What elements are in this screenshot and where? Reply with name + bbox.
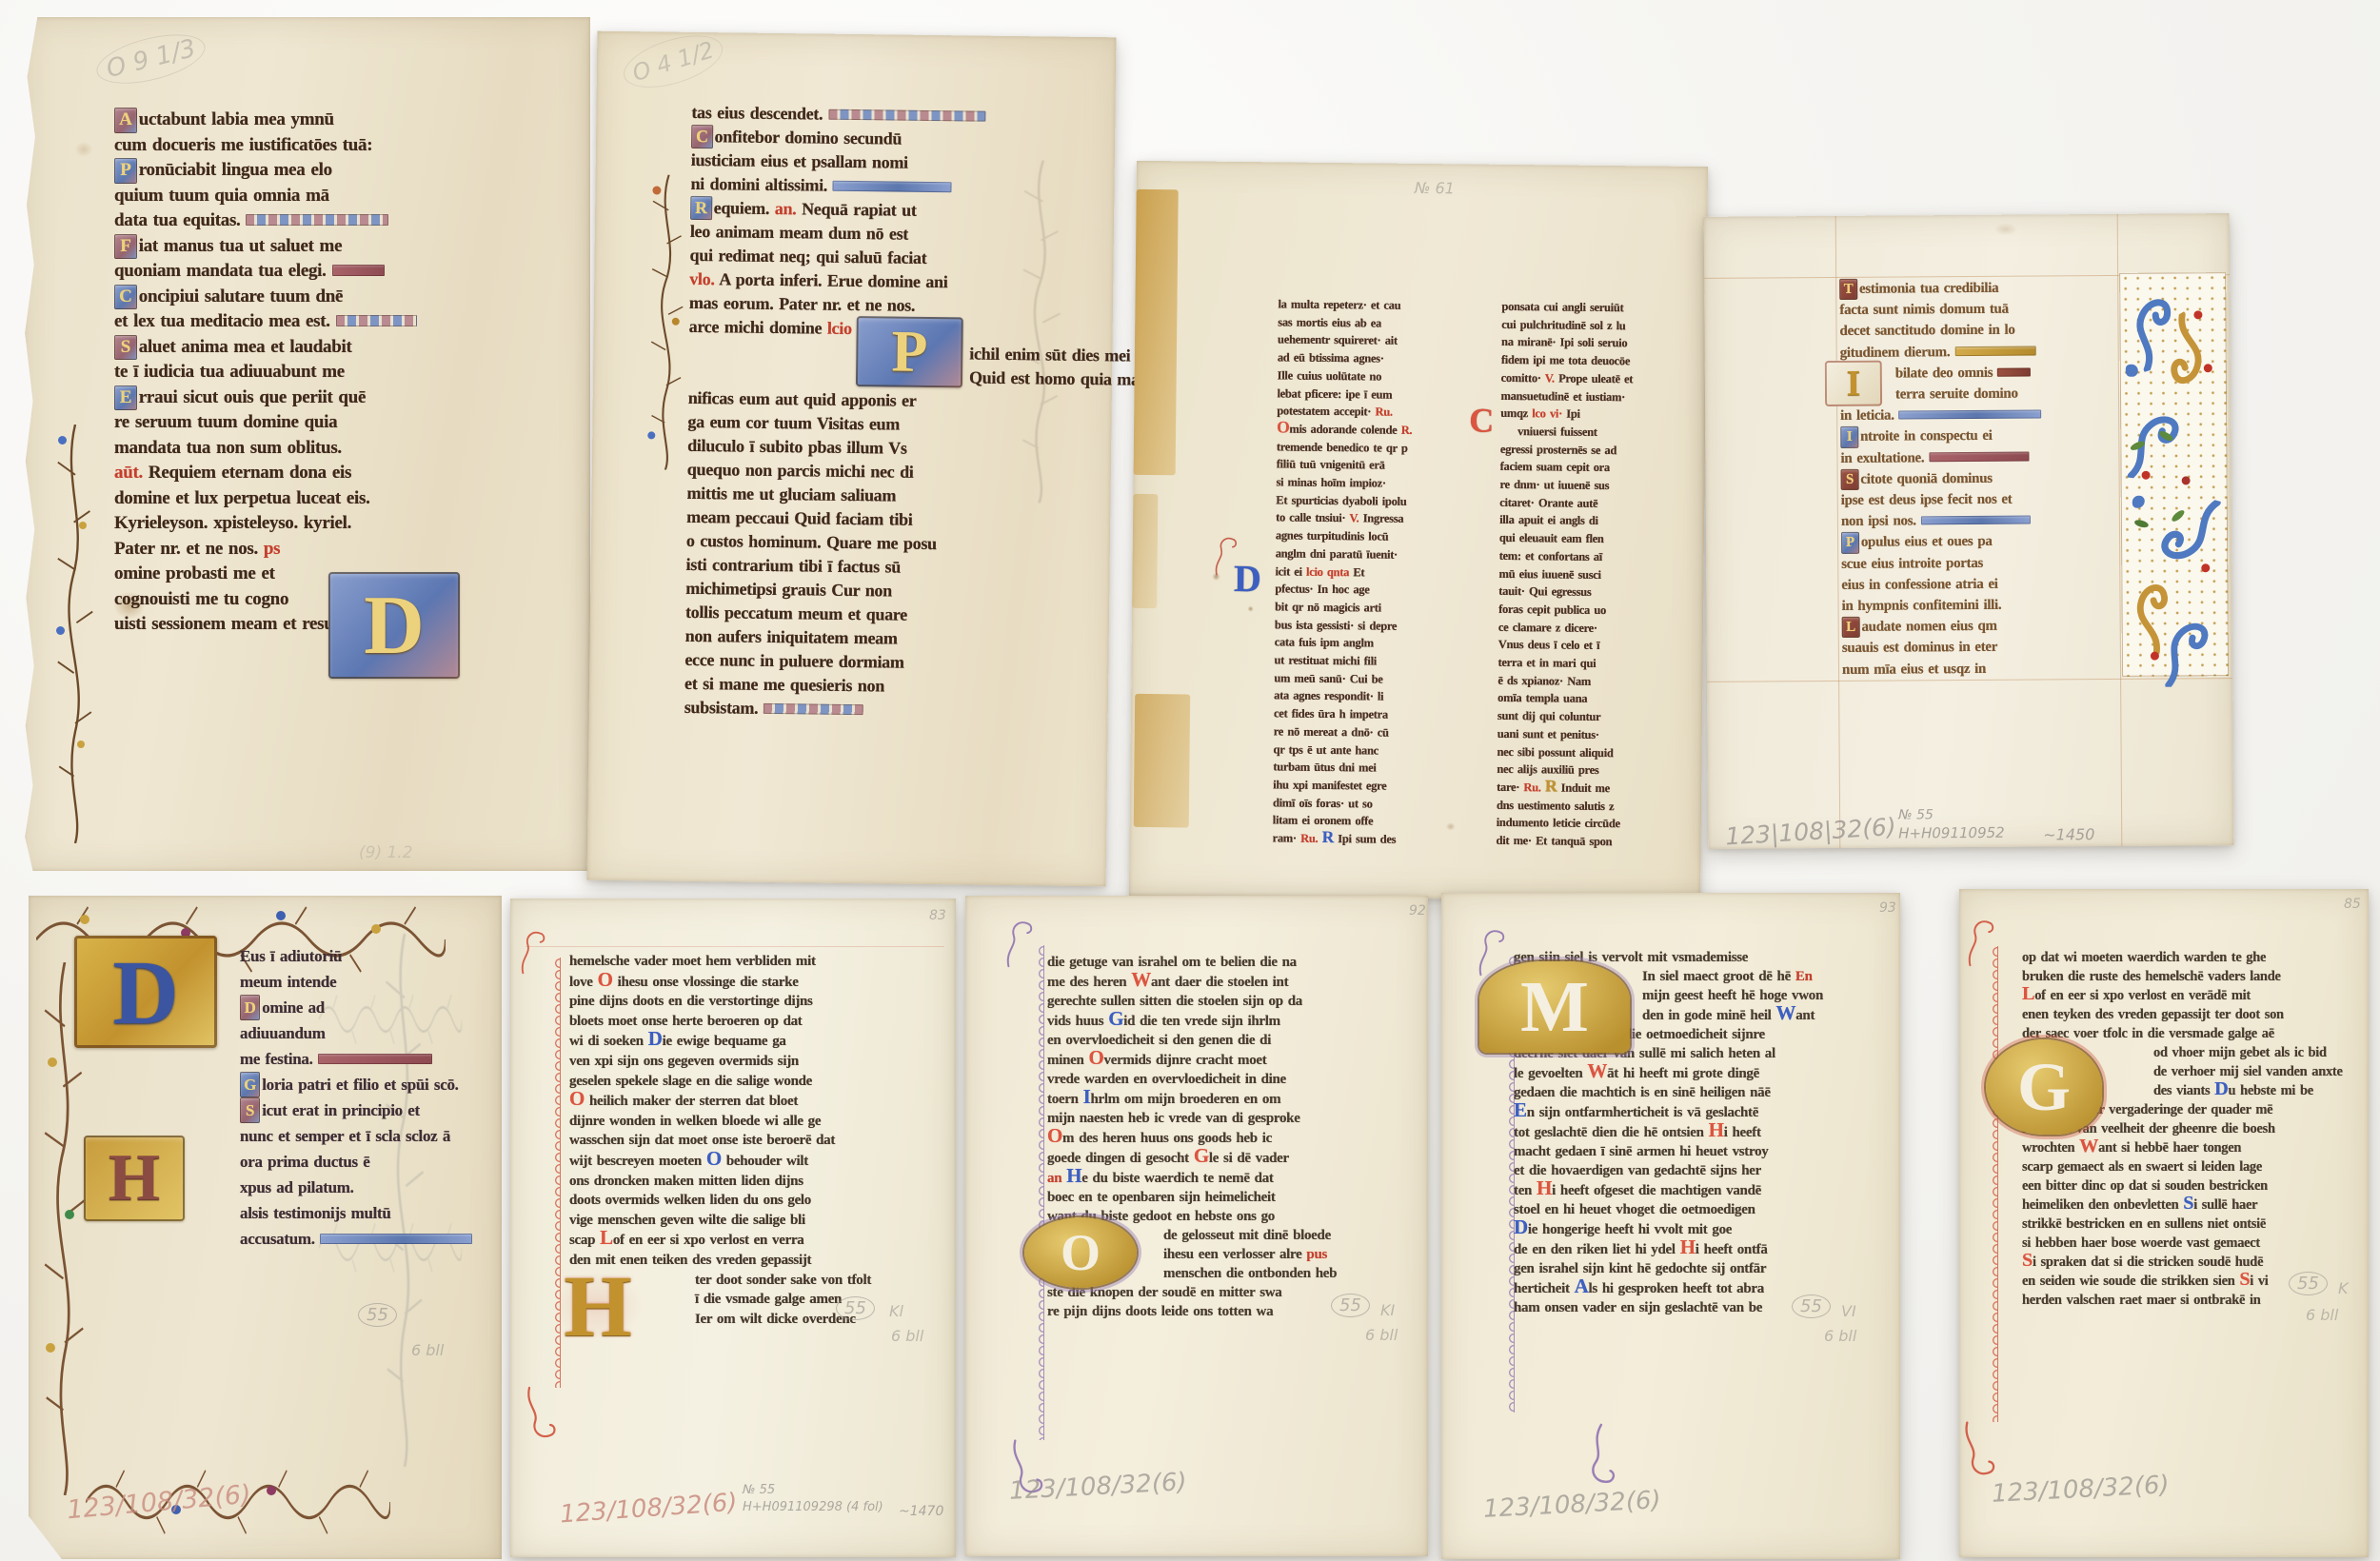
manuscript-text-line: terra et in mari qui (1497, 654, 1699, 674)
manuscript-leaf-1: O 9 1/3 Auctabunt labia mea ymnūcum docu… (24, 17, 590, 871)
floral-border-panel (2119, 272, 2229, 677)
illuminated-initial-J: I (1825, 361, 1882, 406)
manuscript-leaf-2: O 4 1/2 tas eius descendet. Confitebor d… (587, 31, 1117, 887)
manuscript-text-line: doots overmids welken liden du ons gelo (569, 1191, 950, 1211)
manuscript-text-line: subsistam. (684, 696, 1008, 723)
gold-ivy-dot (48, 1057, 57, 1067)
manuscript-text-line: ram· Ru. R Ipi sum des (1273, 830, 1490, 850)
manuscript-text-line: meum intende (240, 969, 499, 995)
manuscript-text-line: ad eū btissima agnes· (1278, 349, 1495, 369)
leaf1-text-block: Auctabunt labia mea ymnūcum docueris me … (114, 108, 462, 638)
leaf3-column-b: ponsata cui angli seruiūtcui pulchritudi… (1496, 298, 1703, 852)
manuscript-text-line: dimī oīs foras· ut so (1273, 794, 1490, 814)
manuscript-text-line: gen israhel sijn kint hē gedochte sij on… (1514, 1259, 1894, 1278)
manuscript-text-line: anglm dni paratū īuenit· (1276, 544, 1493, 564)
purple-penwork-border (1019, 945, 1044, 1440)
manuscript-text-line: comitto· V. Prope uleatē et (1501, 369, 1703, 389)
red-berry (2193, 310, 2202, 319)
gold-ivy-dot (46, 1343, 55, 1353)
pencil-side-letters: K (2338, 1279, 2349, 1297)
manuscript-text-line: wijt bescreyen moeten O behouder wilt (569, 1151, 950, 1172)
blue-ivy-dot (276, 911, 286, 920)
manuscript-text-line: vniuersi fuissent (1500, 423, 1702, 443)
manuscript-text-line: Populus eius et oues pa (1841, 530, 2123, 553)
manuscript-text-line: Fiat manus tua ut saluet me (114, 234, 462, 260)
manuscript-leaf-9: op dat wi moeten waerdich warden te gheb… (1959, 889, 2369, 1557)
leaf4-text-block: Testimonia tua credibiliafacta sunt nimi… (1839, 277, 2124, 681)
manuscript-text-line: filiū tuū vnigenitū erā (1277, 456, 1494, 476)
manuscript-text-line: nunc et semper et ī scla scloz ā (240, 1123, 499, 1149)
red-penwork-border (1959, 946, 1998, 1422)
manuscript-text-line: qui eleuauit eam flen (1499, 529, 1701, 549)
photograph-of-manuscript-leaves: O 9 1/3 Auctabunt labia mea ymnūcum docu… (0, 0, 2380, 1561)
blue-acanthus-decoration (2159, 596, 2217, 687)
manuscript-text-line: wasschen sijn dat moet onse iste beroerē… (569, 1131, 950, 1151)
manuscript-text-line: si hebben haer bose woerde vast gemaect (2022, 1234, 2367, 1253)
red-penwork-curl (518, 927, 550, 975)
manuscript-text-line: non ipsi nos. (1841, 509, 2123, 532)
pencil-lot-number: № 55 (743, 1483, 775, 1497)
manuscript-text-line: tot geslachtē dien die hē ontsien Hi hee… (1514, 1122, 1894, 1142)
foxing-spot (1246, 604, 1255, 613)
manuscript-text-line: foras cepit publica uo (1498, 601, 1700, 621)
manuscript-text-line: die getuge van israhel om te belien die … (1047, 953, 1424, 972)
manuscript-text-line: pine dijns doots en die verstortinge dij… (569, 992, 950, 1012)
leaf5-text-block: Eus ī adiutoriūmeum intendeDomine adadiu… (240, 943, 499, 1252)
manuscript-text-line: dit me· Et tanquā spon (1496, 832, 1697, 852)
manuscript-text-line: na miranē· Ipi soli seruio (1501, 333, 1703, 353)
manuscript-text-line: sunt dij qui coluntur (1497, 707, 1699, 727)
manuscript-text-line: me des heren Want daer die stoelen int (1047, 972, 1424, 992)
circled-55: 55 (836, 1296, 875, 1320)
manuscript-text-line: Et spurticias dyaboli ipolu (1276, 491, 1493, 511)
manuscript-text-line: ce clamare z dicere· (1498, 619, 1700, 639)
manuscript-text-line: tare· Ru. R Induit me (1497, 779, 1698, 799)
manuscript-text-line: herticheit Als hi gesproken heeft tot ab… (1514, 1278, 1894, 1298)
manuscript-text-line: mū eius iuuenē susci (1498, 564, 1700, 584)
manuscript-text-line: ata agnes respondit· li (1274, 687, 1491, 707)
red-ruling-line (526, 946, 944, 947)
manuscript-text-line: boec en te openbaren sijn heimelicheit (1047, 1188, 1424, 1207)
manuscript-text-line: Erraui sicut ouis que periit quē (114, 385, 462, 411)
manuscript-text-line: geselen spekele slage en die salige wond… (569, 1072, 950, 1092)
manuscript-text-line: O heilich maker der sterren dat bloet (569, 1091, 950, 1112)
manuscript-text-line: icit ei lcio qnta Et (1275, 563, 1492, 583)
manuscript-text-line: la multa repeterz· et cau (1278, 295, 1495, 315)
lombard-initial-C-red: C (1461, 402, 1501, 438)
circled-55: 55 (1792, 1294, 1831, 1318)
manuscript-text-line: hemelsche vader moet hem verbliden mit (569, 952, 950, 972)
manuscript-text-line: de en den riken liet hi ydel Hi heeft on… (1514, 1239, 1894, 1259)
pencil-count-note: 6 bll (1824, 1327, 1856, 1345)
manuscript-text-line: in leticia. (1840, 404, 2122, 426)
manuscript-text-line: Sicut erat in principio et (240, 1097, 499, 1123)
manuscript-leaf-7: die getuge van israhel om te belien die … (965, 896, 1428, 1556)
manuscript-text-line: mandata tua non sum oblitus. (114, 436, 462, 462)
manuscript-text-line: Pater nr. et ne nos. ps (114, 537, 462, 563)
illuminated-initial-H-gold: H (537, 1260, 659, 1352)
manuscript-text-line: in hympnis confitemini illi. (1841, 594, 2123, 617)
manuscript-text-line: macht gedaen ī sinē armen hi heuet vstro… (1514, 1142, 1894, 1161)
manuscript-text-line: cum docueris me iustificatōes tuā: (114, 133, 462, 159)
illuminated-initial-M-gold: M (1479, 961, 1630, 1053)
manuscript-text-line: ten Hi heeft ofgeset die machtigen vandē (1514, 1180, 1894, 1200)
manuscript-text-line: uani sunt et penitus· (1497, 725, 1699, 745)
manuscript-text-line: Auctabunt labia mea ymnū (114, 108, 462, 133)
pencil-side-letters: KI (1380, 1301, 1395, 1319)
manuscript-text-line: facta sunt nimis domum tuā (1839, 298, 2121, 321)
pencil-circled-number: 55 (836, 1298, 875, 1318)
manuscript-text-line: um meū sanū· Cui be (1274, 669, 1491, 689)
tape-stain (1134, 694, 1190, 828)
green-leaf (2133, 519, 2149, 529)
manuscript-text-line: uehementr squireret· ait (1278, 331, 1495, 351)
manuscript-text-line: gitudinem dierum. (1840, 340, 2122, 363)
manuscript-text-line: een bitter dinc op dat si souden bestric… (2022, 1176, 2367, 1195)
manuscript-text-line: ipse est deus ipse fecit nos et (1841, 488, 2123, 511)
manuscript-text-line: bruken die ruste des hemelschē vaders la… (2022, 967, 2367, 986)
manuscript-text-line: num mīa eius et usqz in (1842, 658, 2124, 681)
pencil-date: ~1450 (2043, 825, 2094, 843)
manuscript-text-line: te ī iudicia tua adiuuabunt me (114, 360, 462, 385)
manuscript-text-line: aūt. Requiem eternam dona eis (114, 461, 462, 486)
manuscript-text-line: vige menschen geven wilte die salige bli (569, 1211, 950, 1231)
manuscript-text-line: re dnm· ut iuuenē sus (1499, 476, 1701, 496)
pencil-folio-number: 92 (1409, 903, 1426, 919)
illuminated-initial-D: D (328, 572, 460, 679)
manuscript-text-line: alsis testimonijs multū (240, 1200, 499, 1226)
manuscript-text-line: pfectus· In hoc age (1275, 581, 1492, 601)
pencil-code: H+H09110952 (1898, 824, 2005, 842)
manuscript-text-line: domine et lux perpetua luceat eis. (114, 486, 462, 512)
manuscript-text-line: toern Ihrlm om mijn broederen en om (1047, 1089, 1424, 1109)
manuscript-text-line: op dat wi moeten waerdich warden te ghe (2022, 948, 2367, 967)
green-ivy-dot (65, 1210, 74, 1219)
manuscript-text-line: tauit· Qui egressus (1498, 583, 1700, 603)
red-berry (2142, 471, 2151, 480)
manuscript-text-line: et lex tua meditacio mea est. (114, 309, 462, 335)
manuscript-text-line: ut restituat michi fili (1274, 651, 1491, 671)
blue-flower (2132, 496, 2145, 508)
gold-dot (77, 741, 85, 748)
manuscript-text-line: wi di soeken Die ewige bequame ga (569, 1031, 950, 1052)
manuscript-text-line: et die hovaerdigen van gedachtē sijns he… (1514, 1161, 1894, 1180)
lombard-initial-D-blue: D (1222, 558, 1272, 599)
manuscript-text-line: terra seruite domino (1840, 383, 2122, 405)
manuscript-text-line: lebat pficere: ipe ī eum (1277, 385, 1494, 405)
manuscript-text-line: En sijn ontfarmherticheit is vā geslacht… (1514, 1102, 1894, 1122)
manuscript-text-line: heimeliken den onbevletten Si sullē haer (2022, 1195, 2367, 1215)
manuscript-text-line: ons droncken maken mitten liden dijns (569, 1172, 950, 1192)
pencil-circled-number: 55 (1792, 1296, 1831, 1316)
pencil-circled-number: 55 (2289, 1274, 2328, 1294)
manuscript-text-line: Domine ad (240, 995, 499, 1020)
floral-sprig-decoration (642, 174, 693, 470)
manuscript-text-line: nec sibi possunt aliquid (1497, 742, 1698, 762)
red-berry (2151, 652, 2159, 661)
pencil-date: ~1470 (899, 1504, 943, 1519)
manuscript-text-line: scap Lof en eer si xpo verlost en verra (569, 1230, 950, 1251)
gold-ivy-dot (371, 924, 381, 934)
manuscript-text-line: ham onsen vader en sijn geslachtē van be (1514, 1298, 1894, 1317)
manuscript-text-line: citaret· Orante autē (1499, 494, 1701, 514)
manuscript-text-line: Om des heren huus ons goods heb ic (1047, 1128, 1424, 1148)
manuscript-text-line: goede dingen di gesocht Gle si dē vader (1047, 1148, 1424, 1168)
illuminated-initial-H-gold: H (84, 1136, 185, 1221)
manuscript-text-line: vids huus Gid die ten vrede sijn ihrlm (1047, 1011, 1424, 1031)
red-penwork-curl (1965, 916, 1999, 967)
pencil-side-letters: Kl (889, 1302, 903, 1320)
pencil-count-note: 6 bll (891, 1327, 923, 1345)
manuscript-text-line: love O ihesu onse vlossinge die starke (569, 972, 950, 993)
manuscript-text-line: Si spraken dat si die stricken soudē hud… (2022, 1253, 2367, 1272)
illuminated-initial-G-gold: G (1986, 1039, 2102, 1135)
pencil-count-note: 6 bll (2306, 1306, 2338, 1324)
manuscript-text-line: indumento leticie circūde (1497, 814, 1698, 834)
show-through-decoration (1010, 160, 1081, 504)
manuscript-text-line: in exultatione. (1840, 445, 2122, 468)
manuscript-text-line: bit qr nō magicis arti (1275, 598, 1492, 618)
manuscript-text-line: Gloria patri et filio et spūi scō. (240, 1072, 499, 1097)
manuscript-text-line: Scitote quoniā dominus (1841, 467, 2123, 490)
red-berry (2201, 563, 2210, 572)
manuscript-text-line: eius in confessione atria ei (1841, 573, 2123, 596)
manuscript-text-line: gerechte sullen sitten die stoelen sijn … (1047, 992, 1424, 1011)
manuscript-text-line: scue eius introite portas (1841, 552, 2123, 575)
manuscript-text-line: minen Overmids dijnre cracht moet (1047, 1050, 1424, 1070)
manuscript-text-line: vrede warden en overvloedicheit in dine (1047, 1070, 1424, 1089)
manuscript-text-line: Ille cuius uolūtate no (1278, 366, 1495, 386)
purple-penwork-curl (1003, 917, 1038, 968)
manuscript-text-line: si minas hoīm impioz· (1276, 473, 1493, 493)
pencil-side-letters: VI (1841, 1302, 1856, 1320)
manuscript-text-line: cata fuis ipm anglm (1275, 634, 1492, 654)
manuscript-text-line: faciem suam cepit ora (1500, 458, 1702, 478)
circled-55: 55 (1331, 1294, 1370, 1317)
blue-flower (2126, 365, 2138, 377)
blue-flower-dot (58, 436, 67, 445)
manuscript-text-line: ihu xpi manifestet egre (1273, 776, 1490, 796)
manuscript-text-line: litam ei oronem offe (1273, 812, 1490, 832)
manuscript-text-line: Pronūciabit lingua mea elo (114, 158, 462, 184)
manuscript-text-line: sas mortis eius ab ea (1278, 313, 1495, 333)
pencil-lot-number: № 55 (1898, 807, 1934, 822)
manuscript-text-line: cet fides ūra h impetra (1274, 705, 1491, 725)
manuscript-text-line: illa apuit ei angls di (1499, 511, 1701, 531)
flower-dot (652, 186, 661, 194)
pencil-count-note: 6 bll (1365, 1326, 1398, 1344)
manuscript-text-line: quium tuum quia omnia mā (114, 184, 462, 209)
manuscript-text-line: me festina. (240, 1046, 499, 1072)
leaf3-column-a: la multa repeterz· et causas mortis eius… (1273, 295, 1496, 849)
manuscript-text-line: Die hongerige heeft hi vvolt mit goe (1514, 1219, 1894, 1239)
manuscript-text-line: qr tps ē ut ante hanc (1273, 741, 1490, 761)
manuscript-text-line: dijnre wonden in welken bloede wi alle g… (569, 1112, 950, 1132)
red-penwork-curl (1961, 1420, 2001, 1481)
manuscript-text-line: adiuuandum (240, 1020, 499, 1046)
manuscript-text-line: decet sanctitudo domine in lo (1839, 319, 2121, 342)
pencil-circled-number: 55 (1331, 1295, 1370, 1315)
manuscript-text-line: xpus ad pilatum. (240, 1175, 499, 1200)
manuscript-text-line: tremende benedico te qr p (1277, 438, 1494, 458)
manuscript-text-line: ora prima ductus ē (240, 1149, 499, 1175)
manuscript-text-line: stoel en hi heuet vhoget die oetmoedigen (1514, 1200, 1894, 1219)
manuscript-text-line: strikkē bestricken en en sullens niet on… (2022, 1215, 2367, 1234)
manuscript-text-line: Introite in conspectu ei (1840, 425, 2122, 447)
pencil-scribble-bottom: (9) 1.2 (359, 843, 413, 862)
gold-ivy-dot (80, 915, 89, 924)
manuscript-text-line: Testimonia tua credibilia (1839, 277, 2121, 300)
pencil-number-top: № 61 (1415, 179, 1455, 197)
manuscript-leaf-3: № 61 la multa repeterz· et causas mortis… (1129, 161, 1708, 901)
illuminated-initial-O-gold: O (1024, 1217, 1137, 1288)
pencil-count-note: 6 bll (411, 1341, 444, 1359)
pencil-circled-number: 55 (358, 1305, 397, 1325)
illuminated-initial-P: P (856, 316, 963, 387)
manuscript-text-line: wrochten Want si hebbē haer tongen (2022, 1138, 2367, 1157)
flower-dot (267, 1486, 276, 1495)
red-penwork-curl (524, 1386, 562, 1443)
manuscript-text-line: le gevoelten Wāt hi heeft mi grote dingē (1514, 1063, 1894, 1083)
manuscript-text-line: Saluet anima mea et laudabit (114, 335, 462, 361)
tape-stain (1132, 494, 1158, 608)
red-berry (2182, 476, 2191, 484)
manuscript-text-line: bus ista gessisti· si depre (1275, 616, 1492, 636)
manuscript-leaf-8: gen sijn siel is vervolt mit vsmademisse… (1441, 893, 1900, 1559)
blue-flower-dot (56, 626, 65, 635)
manuscript-text-line: ponsata cui angli seruiūt (1501, 298, 1703, 318)
manuscript-text-line: nec alijs auxiliū pres (1497, 761, 1698, 780)
manuscript-text-line: Kyrieleyson. xpisteleyso. kyriel. (114, 511, 462, 537)
manuscript-text-line: tem: et confortans aī (1499, 547, 1701, 567)
manuscript-text-line: dns uestimento salutis z (1497, 797, 1698, 817)
manuscript-text-line: re seruum tuum domine quia (114, 410, 462, 436)
manuscript-text-line: data tua equitas. (114, 208, 462, 234)
manuscript-text-line: der saec voer tfolc in die versmade galg… (2022, 1024, 2367, 1043)
manuscript-text-line: Lof en eer si xpo verlost en verādē mit (2022, 986, 2367, 1005)
manuscript-text-line: re nō mereat a dnō· cū (1274, 722, 1491, 742)
manuscript-text-line: scarp gemaect als en swaert si leiden la… (2022, 1157, 2367, 1176)
manuscript-text-line: mijn naesten heb ic vrede van di gesprok… (1047, 1109, 1424, 1128)
leaf2-text-block: tas eius descendet. Confitebor domino se… (684, 101, 1016, 723)
manuscript-text-line: omīa templa uana (1497, 689, 1699, 709)
pencil-folio-number: 85 (2344, 897, 2361, 912)
tape-stain (1134, 189, 1179, 475)
pencil-folio-number: 83 (929, 908, 946, 923)
manuscript-leaf-6: hemelsche vader moet hem verbliden mitlo… (510, 899, 956, 1557)
manuscript-text-line: accusatum. (240, 1226, 499, 1252)
manuscript-text-line: cui pulchritudinē sol z lu (1501, 316, 1703, 336)
illuminated-initial-D-large: D (74, 936, 217, 1048)
gold-dot (79, 522, 87, 529)
manuscript-text-line: mansuetudinē et iustiam· (1500, 386, 1702, 406)
gold-dot (672, 318, 680, 326)
manuscript-text-line: egressi prosternēs se ad (1500, 441, 1702, 461)
manuscript-text-line: quoniam mandata tua elegi. (114, 259, 462, 285)
manuscript-text-line: bloets moet onse herte beroeren op dat (569, 1012, 950, 1032)
manuscript-text-line: to calle tnsiui· V. Ingressa (1276, 509, 1493, 529)
manuscript-text-line: ē ds xpianoz· Nam (1497, 672, 1699, 692)
manuscript-text-line: fidem ipi me tota deuocōe (1501, 351, 1703, 371)
manuscript-text-line: turbam ūtus dni mei (1273, 759, 1490, 779)
manuscript-text-line: enen teyken des vreden gepassijt ter doo… (2022, 1005, 2367, 1024)
pencil-folio-number: 93 (1879, 900, 1896, 916)
manuscript-leaf-5: Eus ī adiutoriūmeum intendeDomine adadiu… (29, 896, 502, 1559)
pencil-code: H+H091109298 (4 fol) (743, 1500, 883, 1514)
manuscript-leaf-4: Testimonia tua credibiliafacta sunt nimi… (1704, 213, 2234, 849)
circled-55: 55 (2289, 1272, 2328, 1295)
manuscript-text-line: Eus ī adiutoriū (240, 943, 499, 969)
manuscript-text-line: ven xpi sijn ons gegeven overmids sijn (569, 1052, 950, 1072)
manuscript-text-line: suauis est dominus in eter (1842, 636, 2124, 659)
manuscript-text-line: Concipiui salutare tuum dnē (114, 285, 462, 310)
floral-sprig-decoration (49, 425, 102, 843)
red-berry (2204, 364, 2212, 372)
manuscript-text-line: umqz lco vi· Ipi (1500, 405, 1702, 425)
stain (71, 139, 96, 160)
blue-flower-dot (647, 431, 655, 439)
manuscript-text-line: bilate deo omnis (1840, 362, 2122, 385)
manuscript-text-line: an He du biste waerdich te nemē dat (1047, 1168, 1424, 1188)
manuscript-text-line: Vnus deus ī celo et ī (1498, 636, 1700, 656)
manuscript-text-line: agnes turpitudinis locū (1276, 527, 1493, 547)
manuscript-text-line: Laudate nomen eius qm (1842, 615, 2124, 638)
manuscript-text-line: gedaen die machtich is en sinē heiligen … (1514, 1083, 1894, 1102)
circled-55: 55 (358, 1303, 397, 1327)
blue-acanthus-decoration (2122, 384, 2193, 485)
